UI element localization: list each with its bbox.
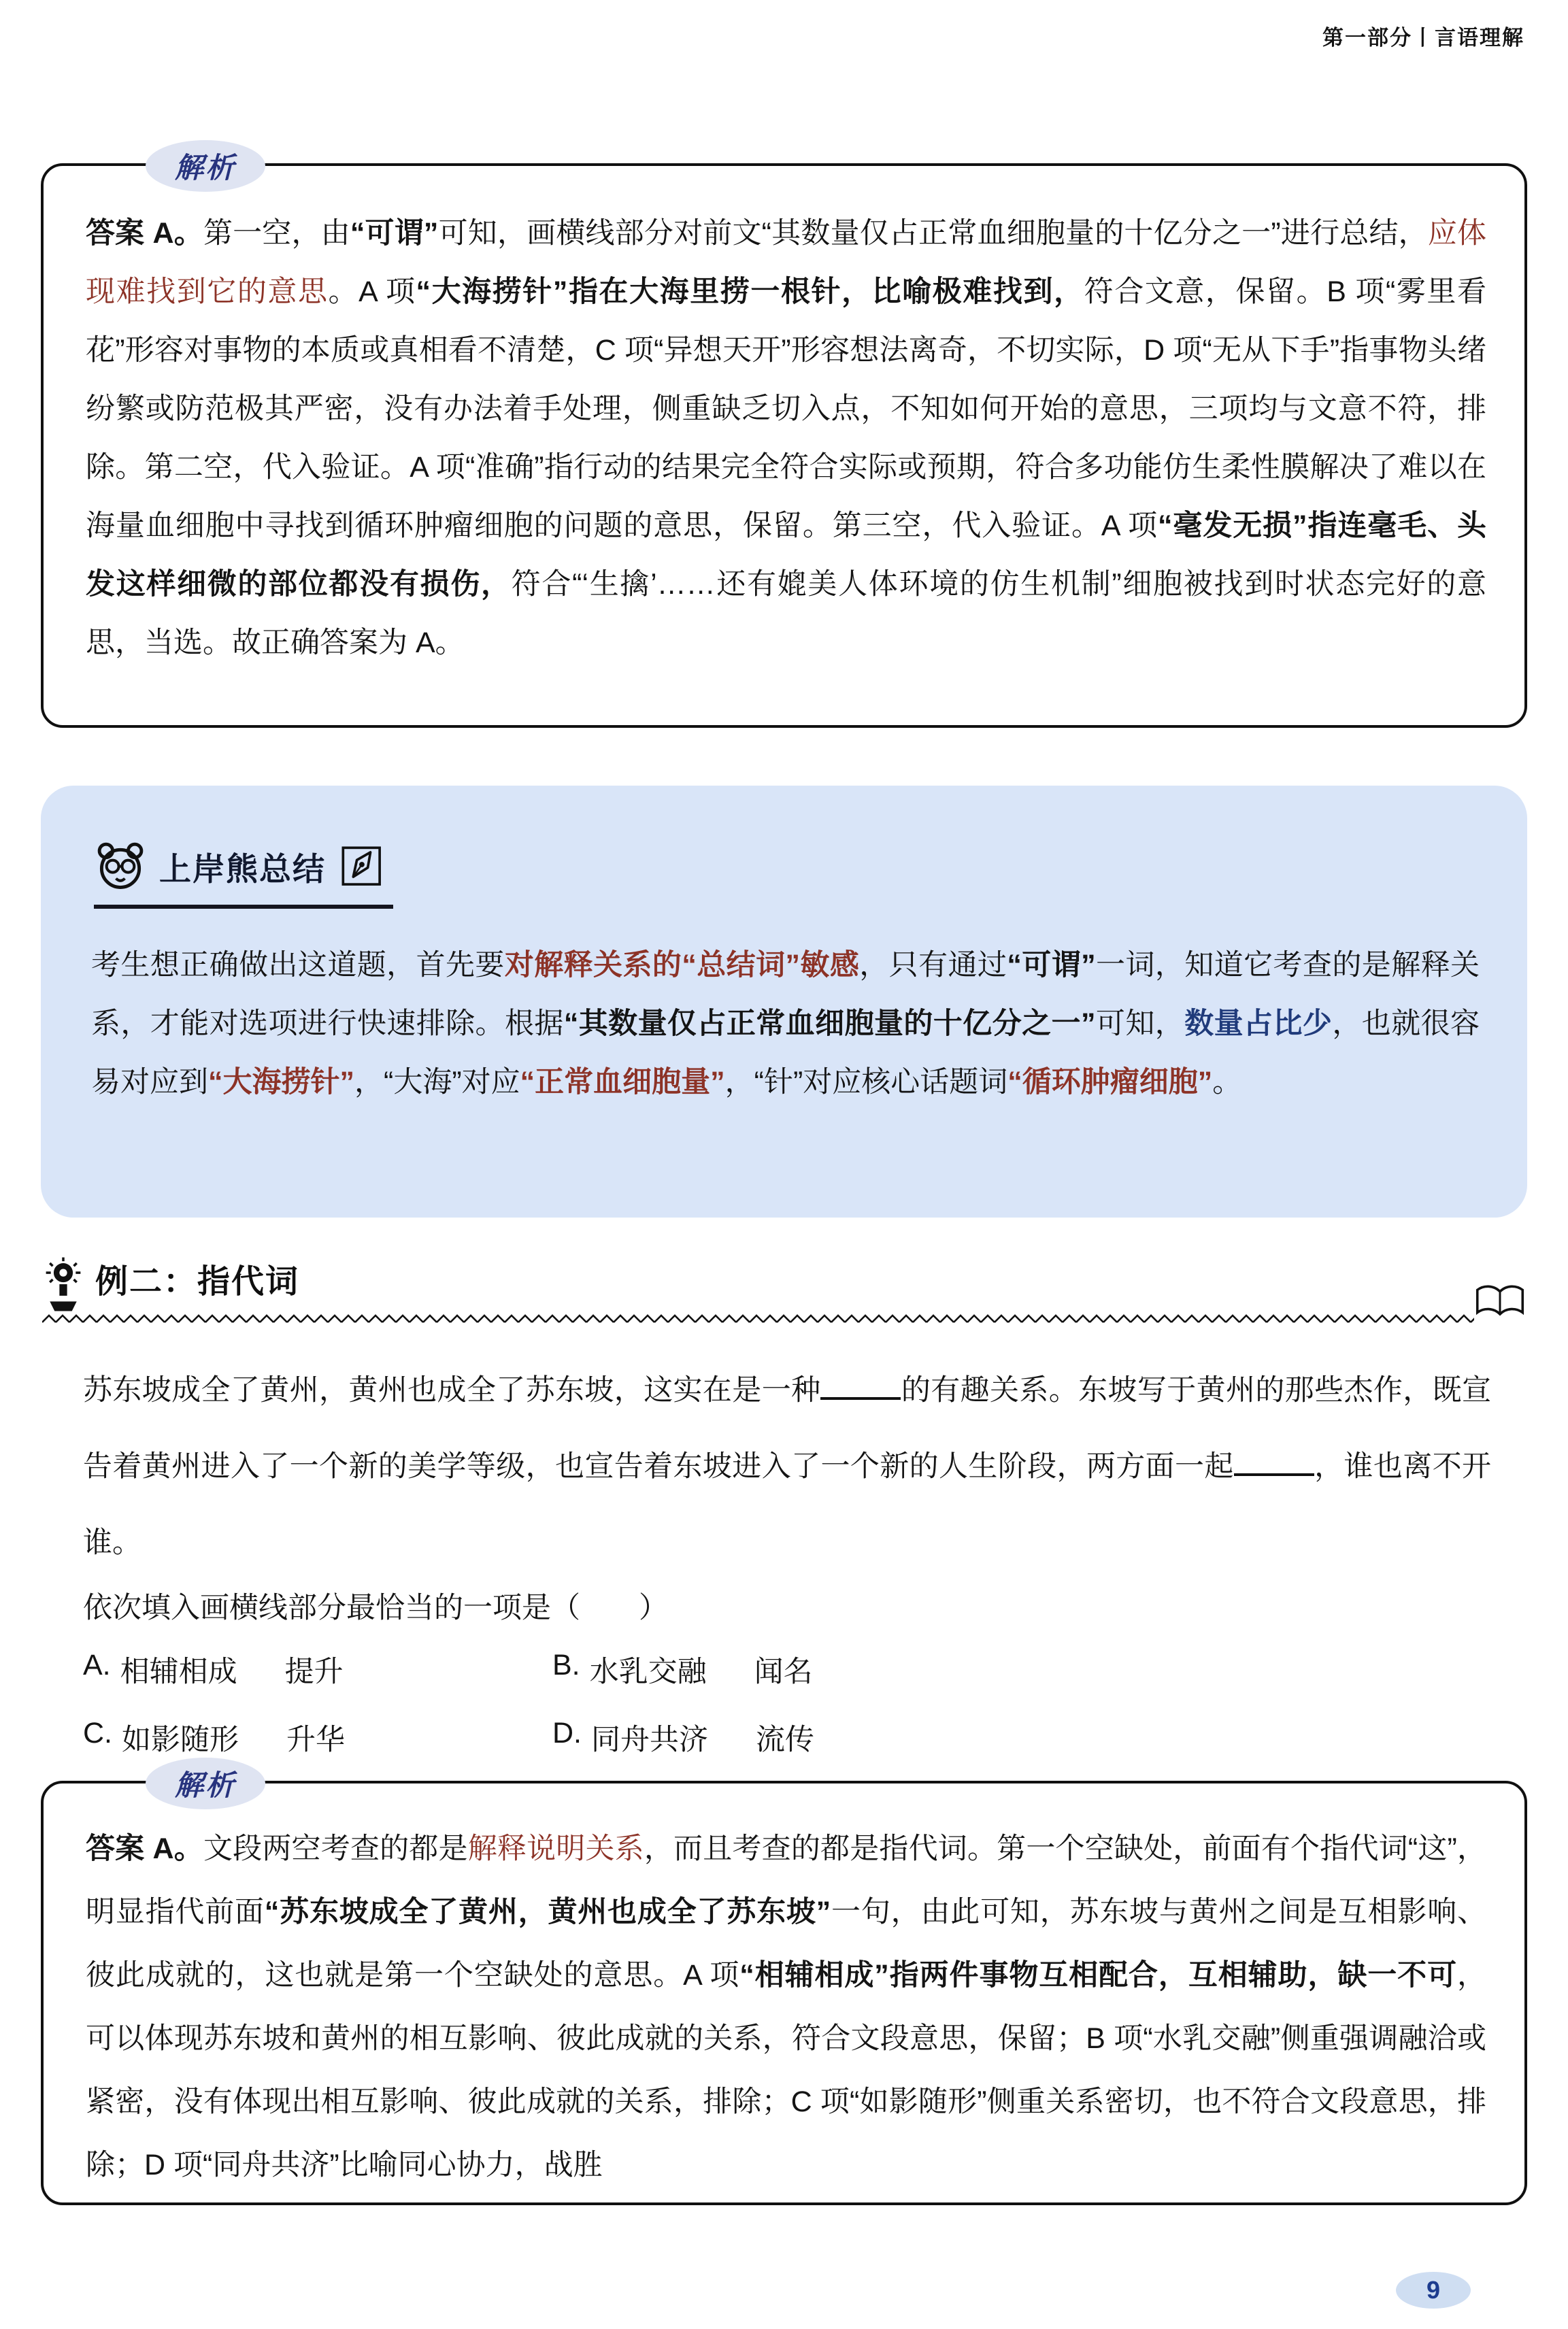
textbook-page: 第一部分丨言语理解 解析 答案 A。第一空，由“可谓”可知，画横线部分对前文“其… bbox=[0, 0, 1568, 2329]
analysis-box-2: 解析 答案 A。文段两空考查的都是解释说明关系，而且考查的都是指代词。第一个空缺… bbox=[41, 1781, 1527, 2205]
analysis-badge: 解析 bbox=[146, 140, 265, 192]
analysis-badge: 解析 bbox=[146, 1758, 265, 1809]
option-a: A. 相辅相成 提升 bbox=[83, 1649, 552, 1690]
analysis-text-2: 答案 A。文段两空考查的都是解释说明关系，而且考查的都是指代词。第一个空缺处，前… bbox=[44, 1783, 1524, 2197]
option-label: C. bbox=[83, 1717, 112, 1758]
page-number-badge: 9 bbox=[1396, 2272, 1471, 2309]
summary-title: 上岸熊总结 bbox=[159, 844, 326, 890]
example2-heading: 例二：指代词 bbox=[42, 1255, 1526, 1330]
options-row-2: C. 如影随形 升华 D. 同舟共济 流传 bbox=[83, 1717, 1491, 1758]
option-label: B. bbox=[552, 1649, 580, 1690]
option-word2: 提升 bbox=[285, 1649, 344, 1690]
option-c: C. 如影随形 升华 bbox=[83, 1717, 552, 1758]
option-word2: 流传 bbox=[756, 1717, 814, 1758]
question-text: 依次填入画横线部分最恰当的一项是（ ） bbox=[83, 1585, 1491, 1626]
summary-box: 上岸熊总结 考生想正确做出这道题，首先要对解释关系的“总结词”敏感，只有通过“可… bbox=[41, 786, 1527, 1218]
option-b: B. 水乳交融 闻名 bbox=[552, 1649, 1022, 1690]
analysis-box-1: 解析 答案 A。第一空，由“可谓”可知，画横线部分对前文“其数量仅占正常血细胞量… bbox=[41, 163, 1527, 728]
option-word2: 闻名 bbox=[754, 1649, 813, 1690]
example-heading-text: 例二：指代词 bbox=[95, 1255, 299, 1302]
open-book-icon bbox=[1474, 1282, 1526, 1324]
option-word2: 升华 bbox=[286, 1717, 345, 1758]
option-word1: 如影随形 bbox=[122, 1717, 239, 1758]
pen-nib-icon bbox=[338, 843, 383, 891]
summary-title-row: 上岸熊总结 bbox=[41, 786, 1527, 895]
summary-text: 考生想正确做出这道题，首先要对解释关系的“总结词”敏感，只有通过“可谓”一词，知… bbox=[41, 909, 1527, 1111]
option-label: A. bbox=[83, 1649, 111, 1690]
analysis-text-1: 答案 A。第一空，由“可谓”可知，画横线部分对前文“其数量仅占正常血细胞量的十亿… bbox=[44, 166, 1524, 672]
zigzag-divider bbox=[42, 1313, 1474, 1324]
option-word1: 水乳交融 bbox=[590, 1649, 707, 1690]
option-word1: 同舟共济 bbox=[591, 1717, 708, 1758]
blank-underline bbox=[820, 1373, 901, 1400]
option-d: D. 同舟共济 流传 bbox=[552, 1717, 1022, 1758]
option-word1: 相辅相成 bbox=[120, 1649, 237, 1690]
options-row-1: A. 相辅相成 提升 B. 水乳交融 闻名 bbox=[83, 1649, 1491, 1690]
passage-text: 苏东坡成全了黄州，黄州也成全了苏东坡，这实在是一种的有趣关系。东坡写于黄州的那些… bbox=[83, 1352, 1491, 1581]
blank-underline bbox=[1234, 1450, 1314, 1476]
option-label: D. bbox=[552, 1717, 582, 1758]
page-header: 第一部分丨言语理解 bbox=[1322, 20, 1524, 51]
lightbulb-icon bbox=[42, 1255, 84, 1317]
bear-icon bbox=[94, 839, 147, 895]
